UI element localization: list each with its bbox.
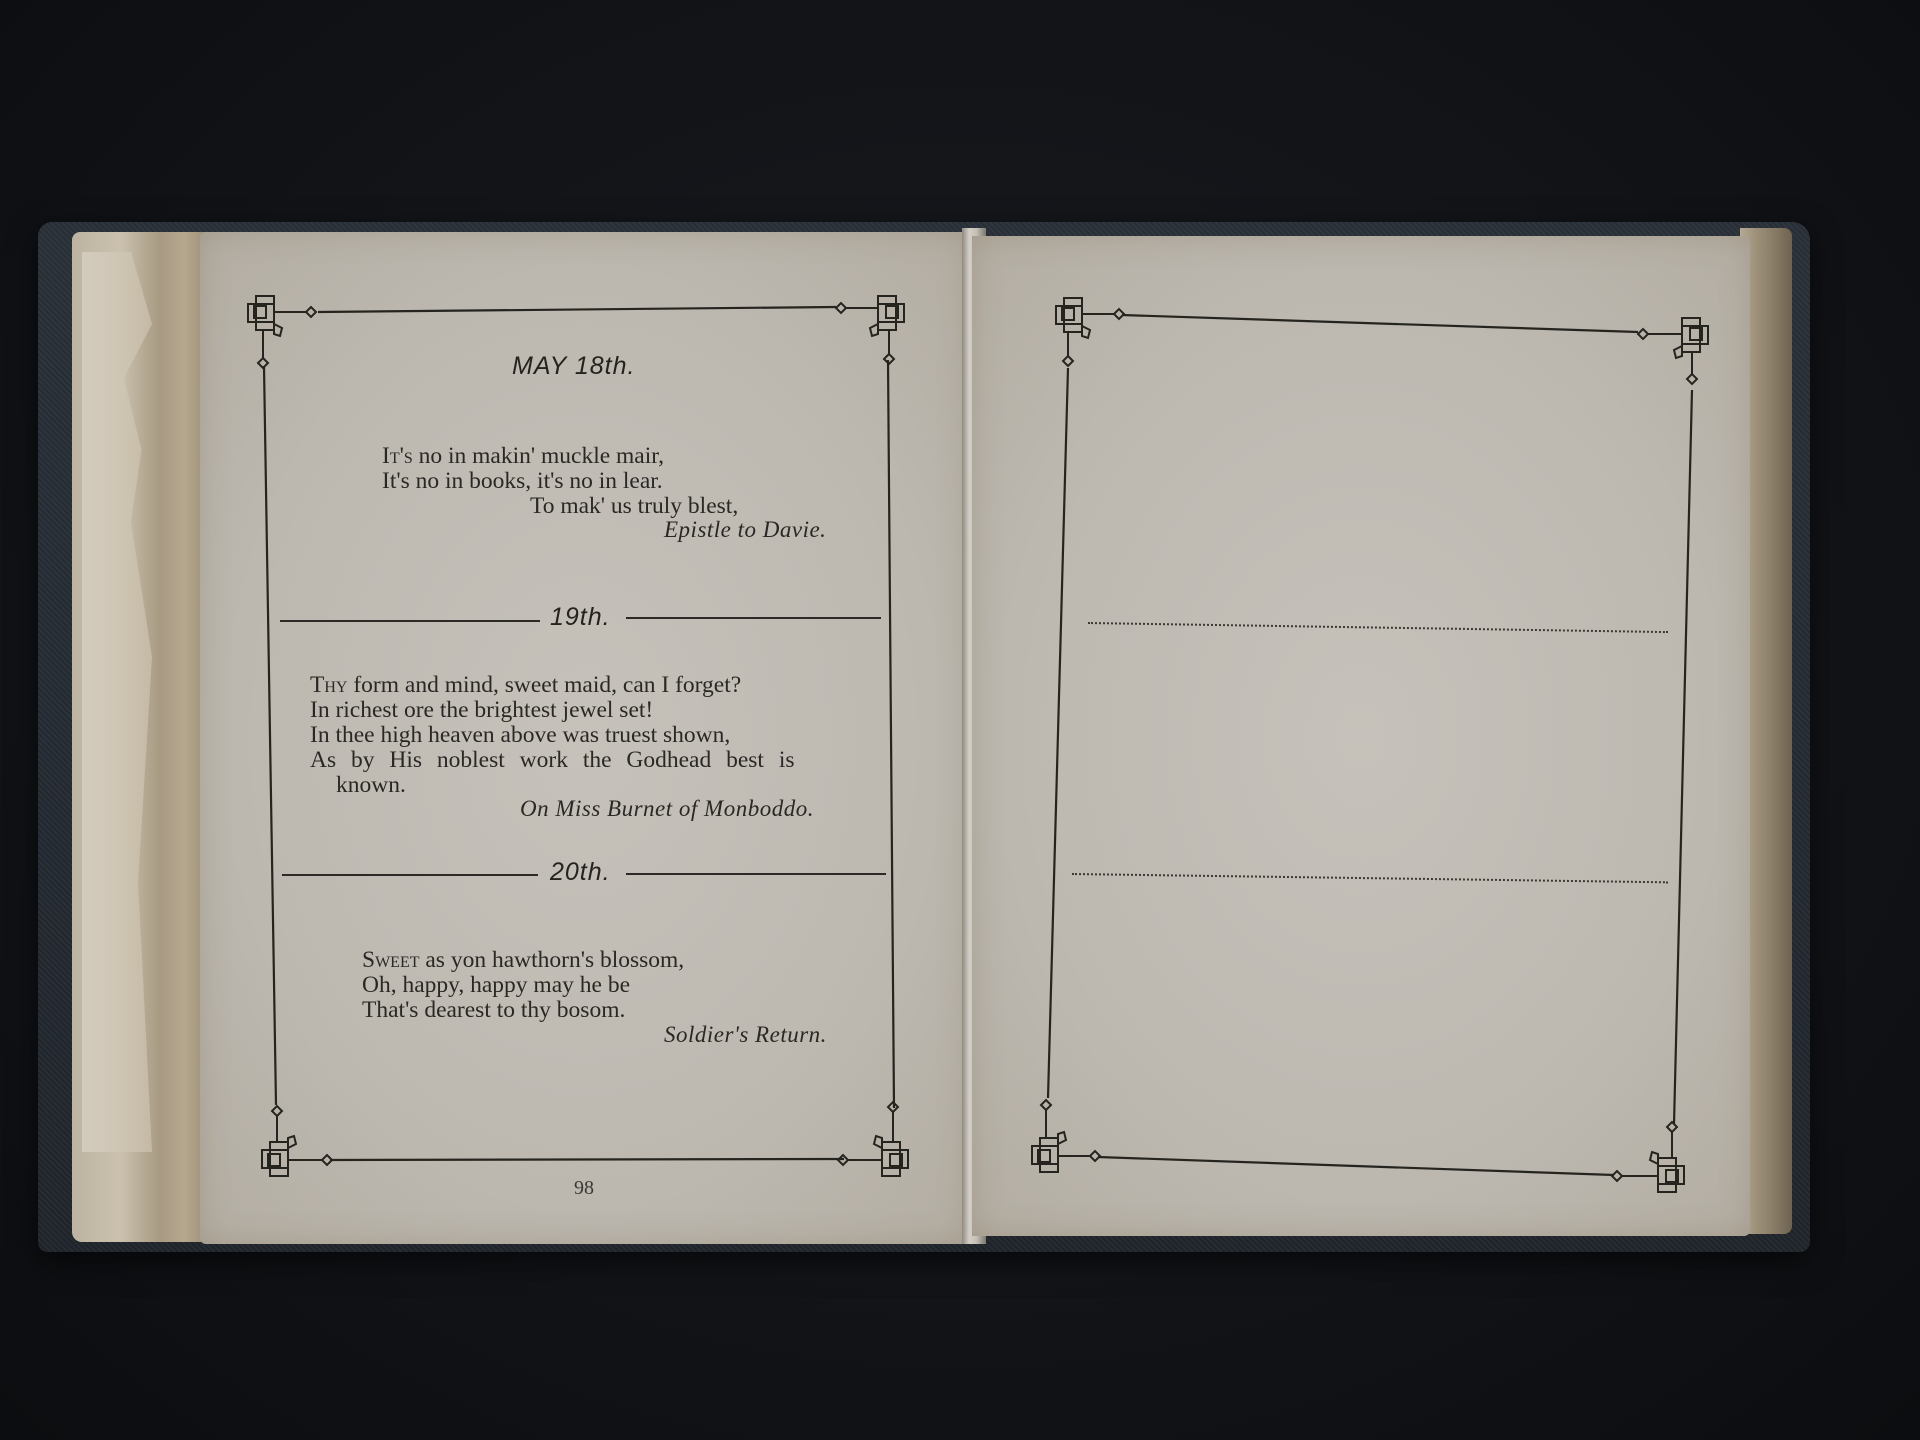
verse-line: It's no in makin' muckle mair, — [382, 444, 738, 469]
verse-line: In richest ore the brightest jewel set! — [310, 698, 858, 723]
citation-may-19: On Miss Burnet of Monboddo. — [520, 796, 814, 822]
month-heading: MAY 18th. — [512, 352, 635, 381]
verse-line: As by His noblest work the Godhead best … — [310, 748, 858, 773]
date-divider-rule — [282, 874, 538, 876]
show-through-text — [1340, 360, 1460, 390]
verse-line: Sweet as yon hawthorn's blossom, — [362, 948, 684, 973]
verse-line: It's no in books, it's no in lear. — [382, 469, 738, 494]
verse-line: That's dearest to thy bosom. — [362, 998, 684, 1023]
date-heading-19th: 19th. — [550, 603, 611, 632]
date-divider-rule — [626, 617, 881, 619]
verse-may-18: It's no in makin' muckle mair, It's no i… — [382, 444, 738, 519]
page-number: 98 — [574, 1177, 594, 1200]
date-divider-rule — [280, 620, 540, 622]
date-heading-20th: 20th. — [550, 858, 611, 887]
verse-line: To mak' us truly blest, — [382, 494, 738, 519]
verse-may-20: Sweet as yon hawthorn's blossom, Oh, hap… — [362, 948, 684, 1023]
citation-may-20: Soldier's Return. — [664, 1022, 827, 1048]
date-divider-rule — [626, 873, 886, 875]
citation-may-18: Epistle to Davie. — [664, 517, 826, 543]
verse-line: known. — [310, 773, 858, 798]
verse-line: Thy form and mind, sweet maid, can I for… — [310, 673, 858, 698]
verse-line: In thee high heaven above was truest sho… — [310, 723, 858, 748]
verse-line: Oh, happy, happy may he be — [362, 973, 684, 998]
verse-may-19: Thy form and mind, sweet maid, can I for… — [310, 673, 858, 798]
